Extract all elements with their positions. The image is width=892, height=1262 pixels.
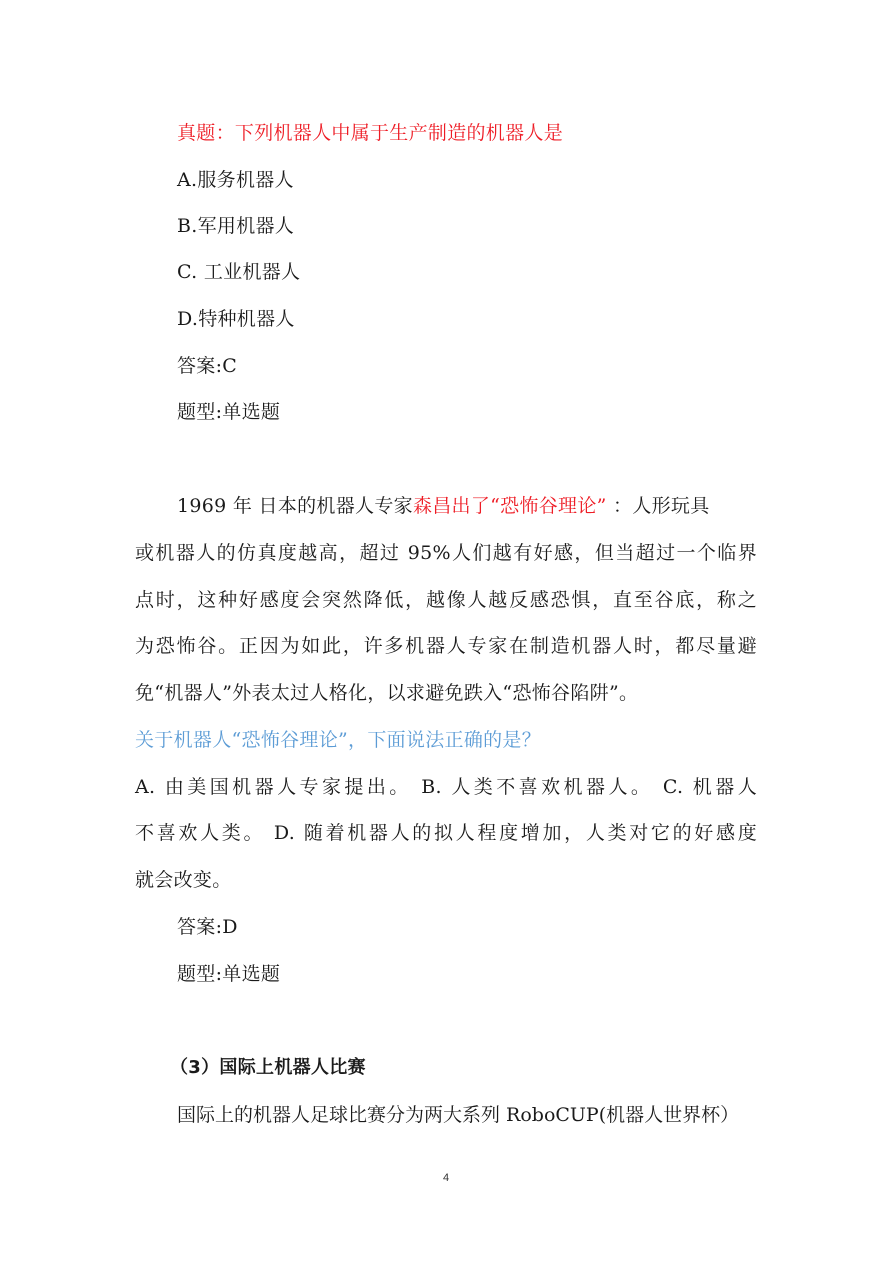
question-1-option-c: C. 工业机器人 bbox=[177, 260, 300, 284]
question-1-title: 真题：下列机器人中属于生产制造的机器人是 bbox=[177, 121, 563, 145]
passage-line-4: 为恐怖谷。正因为如此，许多机器人专家在制造机器人时，都尽量避 bbox=[135, 634, 757, 658]
question-2-type: 题型:单选题 bbox=[177, 962, 280, 986]
question-1-option-b: B.军用机器人 bbox=[177, 214, 294, 238]
section-heading: （3）国际上机器人比赛 bbox=[170, 1056, 366, 1080]
question-2-options-line-3: 就会改变。 bbox=[135, 868, 232, 892]
question-1-option-d: D.特种机器人 bbox=[177, 307, 295, 331]
question-2-options-line-2: 不喜欢人类。 D. 随着机器人的拟人程度增加，人类对它的好感度 bbox=[135, 821, 757, 845]
document-page: 真题：下列机器人中属于生产制造的机器人是 A.服务机器人 B.军用机器人 C. … bbox=[0, 0, 892, 1262]
question-2-answer: 答案:D bbox=[177, 915, 238, 939]
passage-highlight: 森昌出了“恐怖谷理论” bbox=[413, 495, 607, 517]
passage-line-3: 点时，这种好感度会突然降低，越像人越反感恐惧，直至谷底，称之 bbox=[135, 588, 757, 612]
question-2-title: 关于机器人“恐怖谷理论”，下面说法正确的是？ bbox=[135, 728, 541, 752]
question-1-type: 题型:单选题 bbox=[177, 400, 280, 424]
question-2-options-line-1: A. 由美国机器人专家提出。 B. 人类不喜欢机器人。 C. 机器人 bbox=[135, 775, 757, 799]
passage-line-1-prefix: 1969 年 日本的机器人专家 bbox=[177, 495, 413, 517]
question-1-answer: 答案:C bbox=[177, 354, 237, 378]
section-body-line-1: 国际上的机器人足球比赛分为两大系列 RoboCUP(机器人世界杯） bbox=[177, 1103, 739, 1127]
question-1-option-a: A.服务机器人 bbox=[177, 168, 294, 192]
passage-line-1-suffix: ：人形玩具 bbox=[607, 495, 710, 517]
passage-line-2: 或机器人的仿真度越高，超过 95%人们越有好感，但当超过一个临界 bbox=[135, 541, 757, 565]
page-number: 4 bbox=[0, 1172, 892, 1184]
passage-line-5: 免“机器人”外表太过人格化，以求避免跌入“恐怖谷陷阱”。 bbox=[135, 681, 638, 705]
passage-line-1: 1969 年 日本的机器人专家森昌出了“恐怖谷理论” ：人形玩具 bbox=[177, 494, 710, 518]
